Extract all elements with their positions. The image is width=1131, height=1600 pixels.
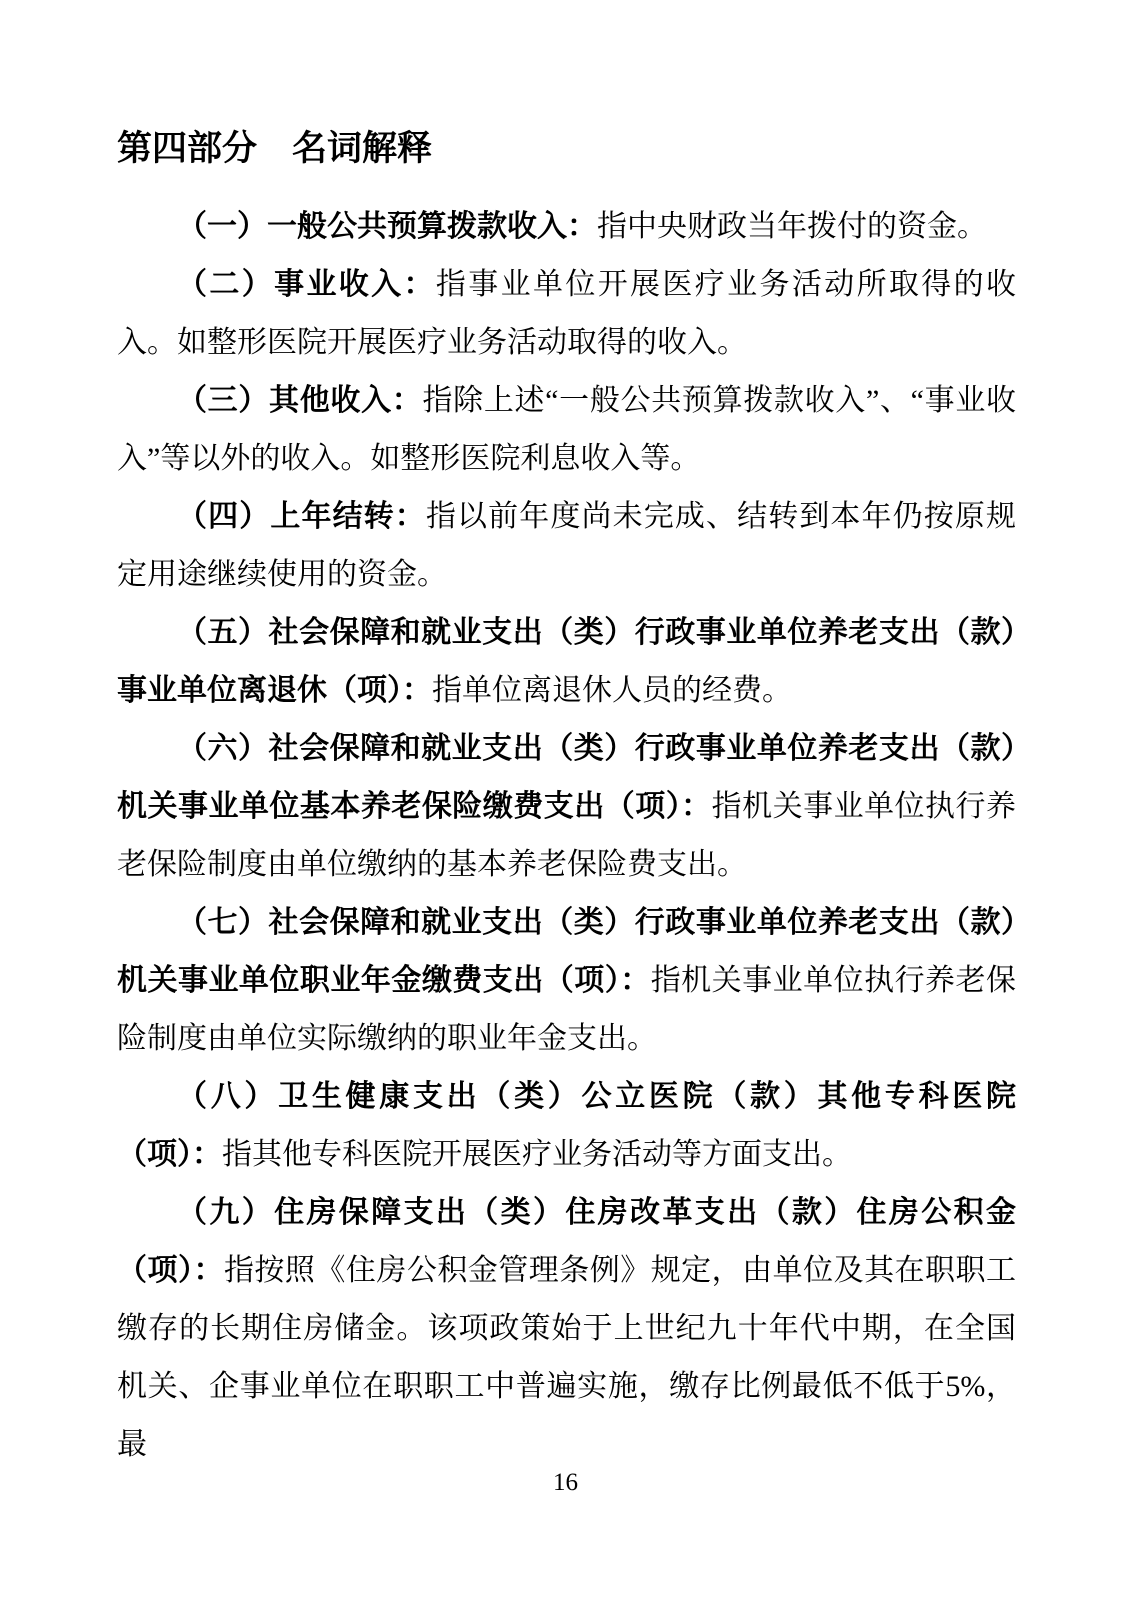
definition-paragraph: （四）上年结转：指以前年度尚未完成、结转到本年仍按原规定用途继续使用的资金。 [117, 488, 1016, 604]
definition-paragraph: （九）住房保障支出（类）住房改革支出（款）住房公积金（项）：指按照《住房公积金管… [117, 1184, 1016, 1474]
definition-paragraph: （二）事业收入：指事业单位开展医疗业务活动所取得的收入。如整形医院开展医疗业务活… [117, 256, 1016, 372]
term-definition: 指其他专科医院开展医疗业务活动等方面支出。 [222, 1138, 852, 1171]
definition-paragraph: （八）卫生健康支出（类）公立医院（款）其他专科医院（项）：指其他专科医院开展医疗… [117, 1068, 1016, 1184]
term-definition: 指中央财政当年拨付的资金。 [597, 210, 987, 243]
definition-paragraph: （七）社会保障和就业支出（类）行政事业单位养老支出（款）机关事业单位职业年金缴费… [117, 894, 1016, 1068]
term-definition: 指按照《住房公积金管理条例》规定，由单位及其在职职工缴存的长期住房储金。该项政策… [117, 1254, 1016, 1461]
term-definition: 指单位离退休人员的经费。 [432, 674, 792, 707]
definition-paragraph: （三）其他收入：指除上述“一般公共预算拨款收入”、“事业收入”等以外的收入。如整… [117, 372, 1016, 488]
page-number: 16 [0, 1468, 1131, 1498]
term-label: （四）上年结转： [177, 500, 426, 533]
definition-paragraph: （五）社会保障和就业支出（类）行政事业单位养老支出（款）事业单位离退休（项）：指… [117, 604, 1016, 720]
term-label: （二）事业收入： [177, 268, 436, 301]
term-label: （三）其他收入： [177, 384, 422, 417]
term-label: （一）一般公共预算拨款收入： [177, 210, 597, 243]
definitions-list: （一）一般公共预算拨款收入：指中央财政当年拨付的资金。 （二）事业收入：指事业单… [117, 198, 1016, 1474]
page-title: 第四部分 名词解释 [117, 126, 1016, 172]
document-page: 第四部分 名词解释 （一）一般公共预算拨款收入：指中央财政当年拨付的资金。 （二… [0, 0, 1131, 1600]
definition-paragraph: （一）一般公共预算拨款收入：指中央财政当年拨付的资金。 [117, 198, 1016, 256]
definition-paragraph: （六）社会保障和就业支出（类）行政事业单位养老支出（款）机关事业单位基本养老保险… [117, 720, 1016, 894]
